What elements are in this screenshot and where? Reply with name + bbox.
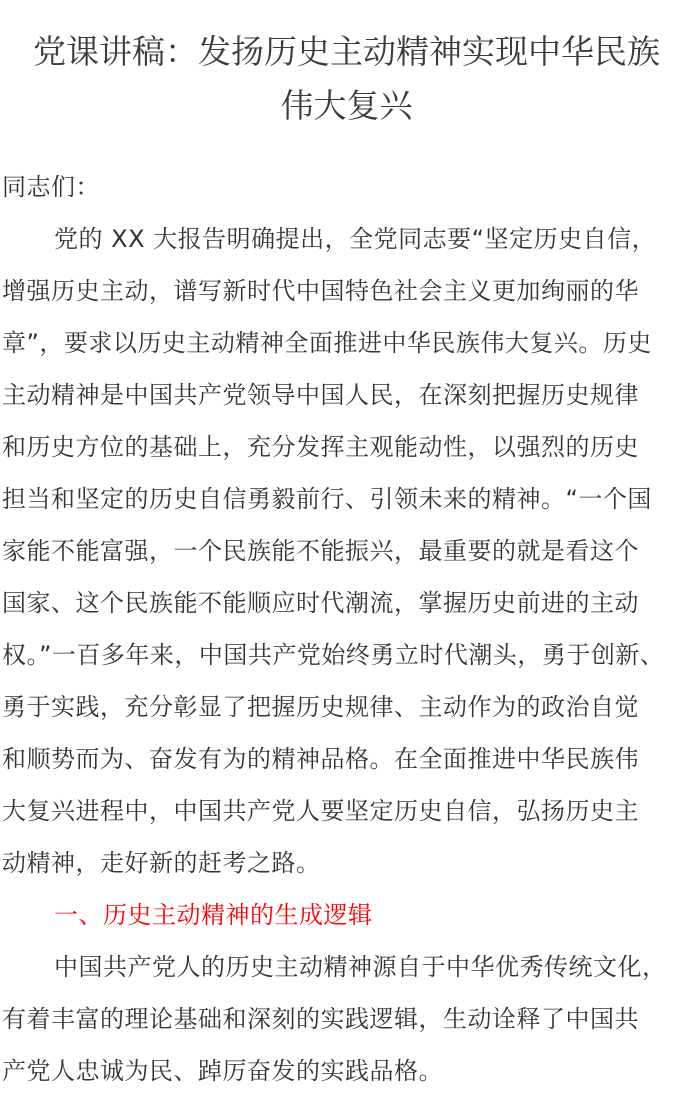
paragraph-line: 增强历史主动，谱写新时代中国特色社会主义更加绚丽的华: [0, 265, 693, 317]
paragraph-2: 中国共产党人的历史主动精神源自于中华优秀传统文化， 有着丰富的理论基础和深刻的实…: [0, 941, 693, 1097]
paragraph-line: 产党人忠诚为民、踔厉奋发的实践品格。: [0, 1045, 693, 1097]
paragraph-line: 权。”一百多年来，中国共产党始终勇立时代潮头，勇于创新、: [0, 629, 693, 681]
paragraph-line: 党的 XX 大报告明确提出，全党同志要“坚定历史自信，: [0, 213, 693, 265]
paragraph-line: 动精神，走好新的赶考之路。: [0, 837, 693, 889]
paragraph-line: 家能不能富强，一个民族能不能振兴，最重要的就是看这个: [0, 525, 693, 577]
document-title: 党课讲稿：发扬历史主动精神实现中华民族 伟大复兴: [0, 25, 693, 133]
paragraph-line: 章”，要求以历史主动精神全面推进中华民族伟大复兴。历史: [0, 317, 693, 369]
paragraph-line: 担当和坚定的历史自信勇毅前行、引领未来的精神。“一个国: [0, 473, 693, 525]
document-body: 同志们： 党的 XX 大报告明确提出，全党同志要“坚定历史自信， 增强历史主动，…: [0, 161, 693, 1097]
section-heading: 一、历史主动精神的生成逻辑: [0, 889, 693, 941]
paragraph-line: 和顺势而为、奋发有为的精神品格。在全面推进中华民族伟: [0, 733, 693, 785]
paragraph-line: 大复兴进程中，中国共产党人要坚定历史自信，弘扬历史主: [0, 785, 693, 837]
paragraph-1: 党的 XX 大报告明确提出，全党同志要“坚定历史自信， 增强历史主动，谱写新时代…: [0, 213, 693, 889]
paragraph-line: 有着丰富的理论基础和深刻的实践逻辑，生动诠释了中国共: [0, 993, 693, 1045]
paragraph-line: 中国共产党人的历史主动精神源自于中华优秀传统文化，: [0, 941, 693, 993]
title-line: 党课讲稿：发扬历史主动精神实现中华民族: [0, 25, 693, 79]
paragraph-line: 和历史方位的基础上，充分发挥主观能动性，以强烈的历史: [0, 421, 693, 473]
paragraph-line: 国家、这个民族能不能顺应时代潮流，掌握历史前进的主动: [0, 577, 693, 629]
salutation: 同志们：: [0, 161, 693, 213]
paragraph-line: 勇于实践，充分彰显了把握历史规律、主动作为的政治自觉: [0, 681, 693, 733]
paragraph-line: 主动精神是中国共产党领导中国人民，在深刻把握历史规律: [0, 369, 693, 421]
title-line: 伟大复兴: [0, 79, 693, 133]
